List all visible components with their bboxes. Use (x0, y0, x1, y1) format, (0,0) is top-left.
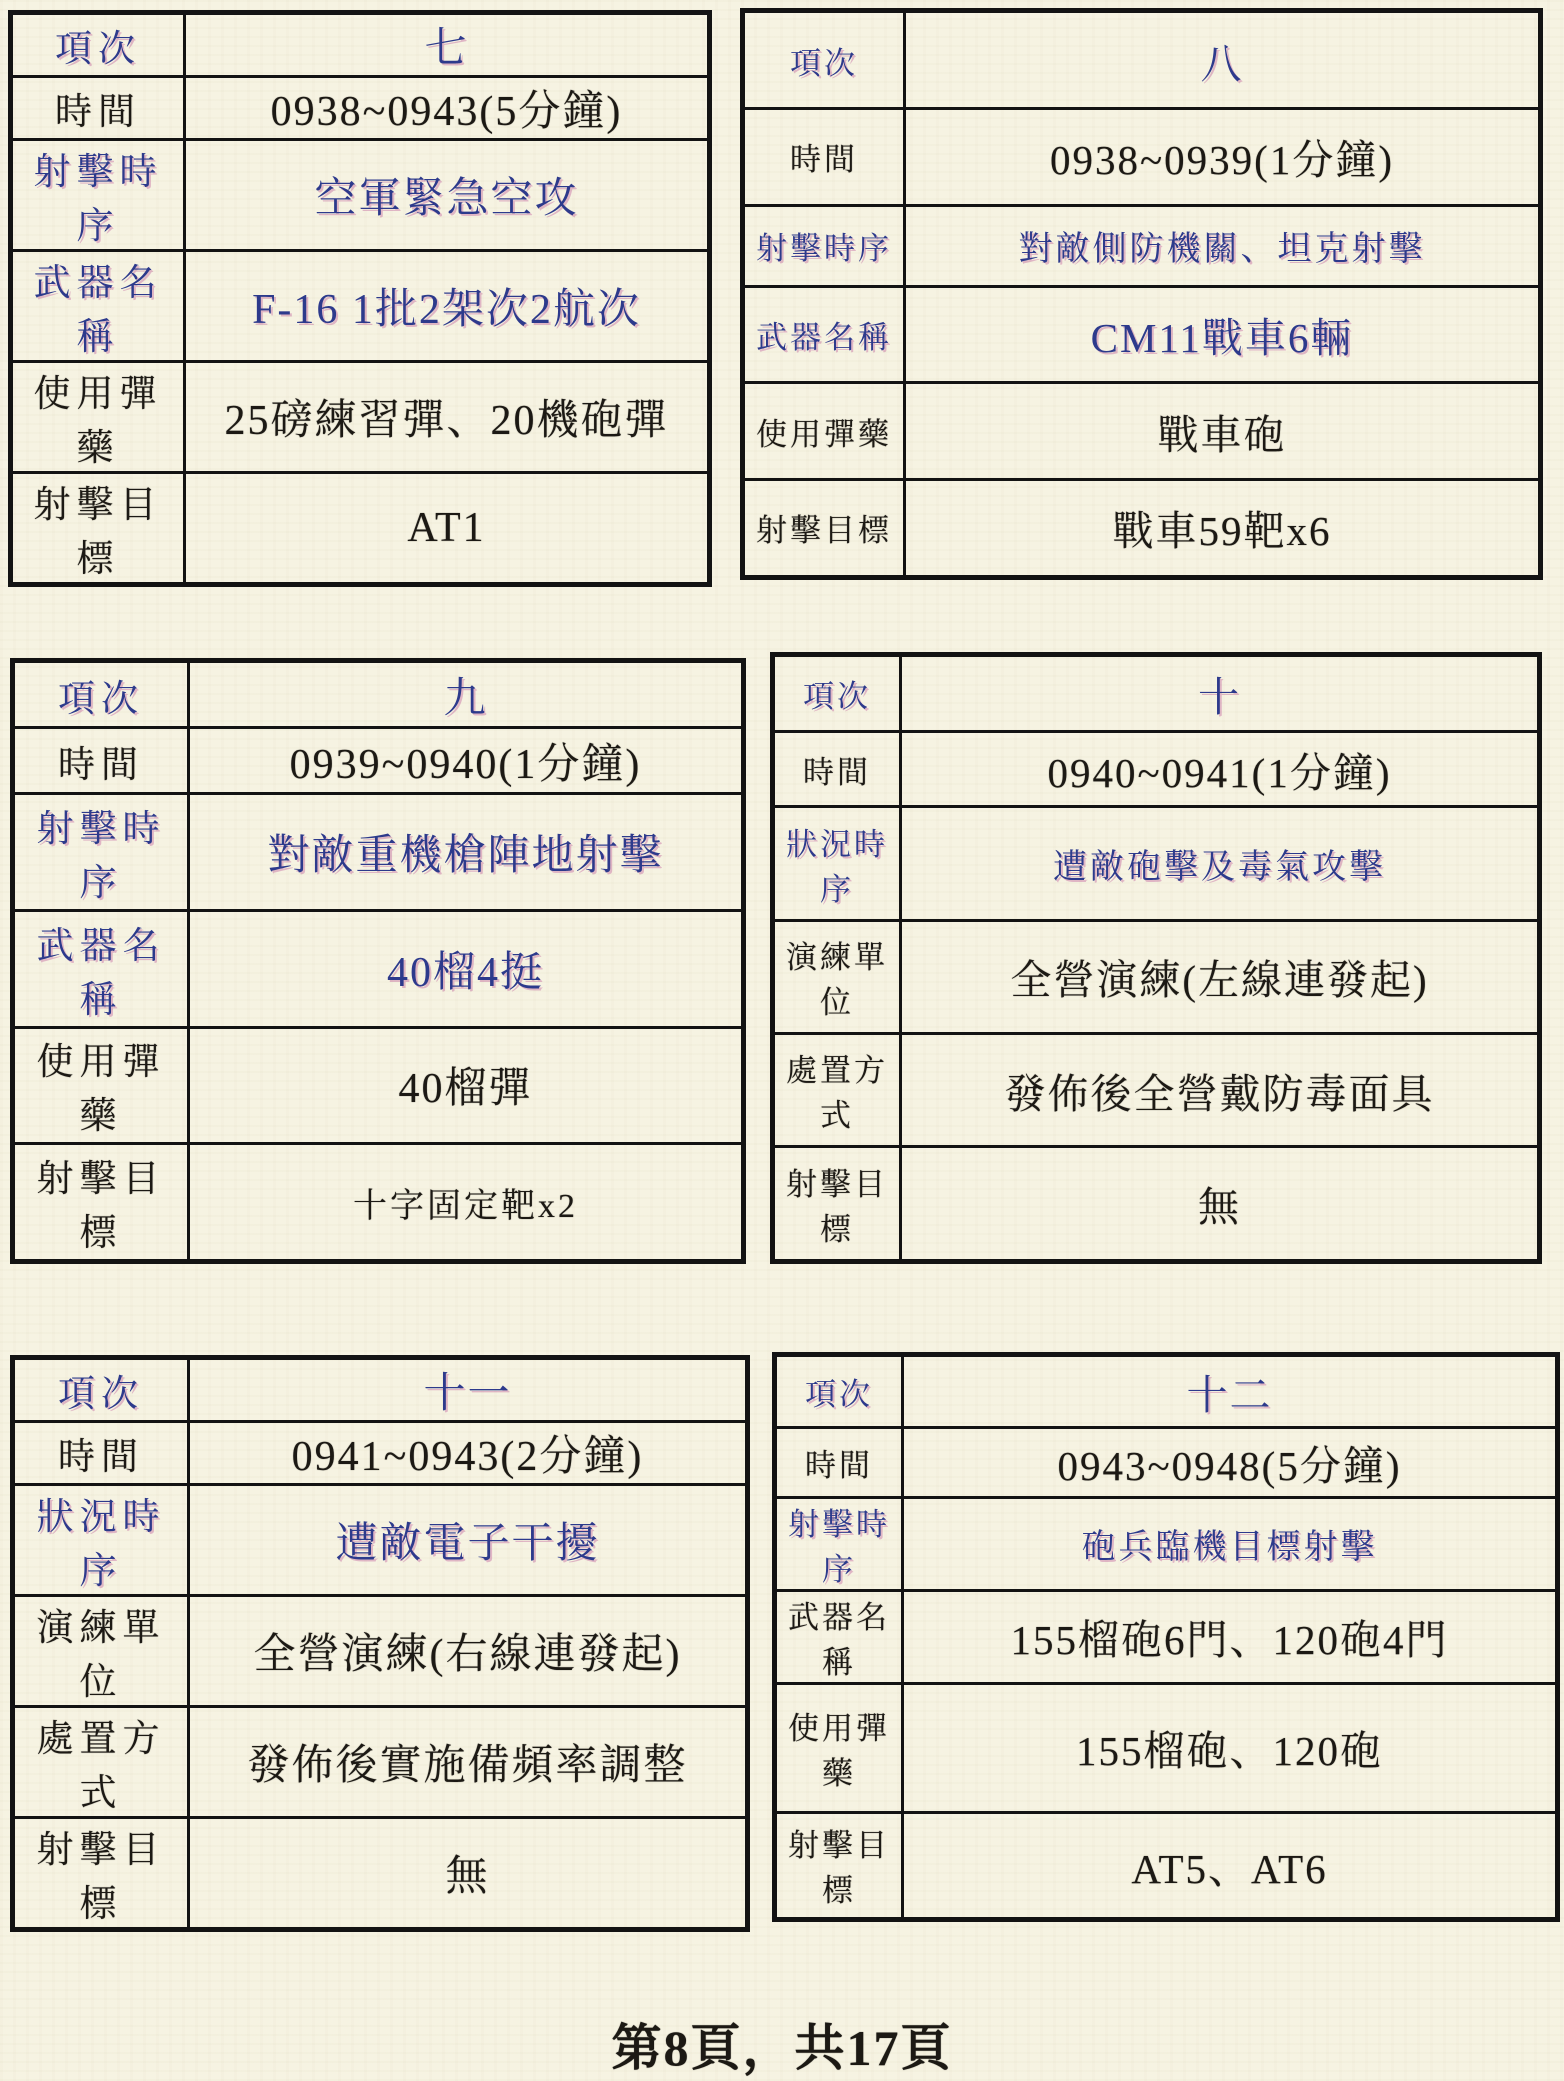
row-label: 射擊目標 (13, 1144, 189, 1262)
table-row: 射擊時序 對敵側防機關、坦克射擊 (743, 205, 1541, 286)
table-row: 項次 十一 (13, 1358, 748, 1422)
table-row: 使用彈藥 40榴彈 (13, 1027, 744, 1144)
table-row: 射擊目標 AT5、AT6 (775, 1812, 1558, 1919)
table-row: 演練單位 全營演練(右線連發起) (13, 1596, 748, 1707)
table-row: 射擊目標 戰車59靶x6 (743, 479, 1541, 577)
schedule-table: 項次 七 時間 0938~0943(5分鐘) 射擊時序 空軍緊急空攻 武器名稱 … (8, 10, 712, 587)
row-label: 使用彈藥 (13, 1027, 189, 1144)
table-row: 時間 0939~0940(1分鐘) (13, 728, 744, 794)
row-value: 八 (905, 11, 1541, 109)
schedule-table: 項次 八 時間 0938~0939(1分鐘) 射擊時序 對敵側防機關、坦克射擊 … (740, 8, 1543, 580)
table-row: 狀況時序 遭敵電子干擾 (13, 1485, 748, 1596)
row-value: AT5、AT6 (903, 1812, 1558, 1919)
row-label: 武器名稱 (11, 251, 185, 362)
schedule-table-item-9: 項次 九 時間 0939~0940(1分鐘) 射擊時序 對敵重機槍陣地射擊 武器… (10, 658, 746, 1264)
row-value: 無 (189, 1818, 748, 1930)
row-value: 對敵側防機關、坦克射擊 (905, 205, 1541, 286)
schedule-table: 項次 十一 時間 0941~0943(2分鐘) 狀況時序 遭敵電子干擾 演練單位… (10, 1355, 750, 1932)
table-row: 射擊目標 十字固定靶x2 (13, 1144, 744, 1262)
schedule-table-item-7: 項次 七 時間 0938~0943(5分鐘) 射擊時序 空軍緊急空攻 武器名稱 … (8, 10, 712, 582)
table-row: 演練單位 全營演練(左線連發起) (773, 920, 1540, 1033)
row-label: 射擊目標 (775, 1812, 903, 1919)
row-label: 時間 (743, 109, 905, 206)
row-label: 狀況時序 (13, 1485, 189, 1596)
table-row: 武器名稱 CM11戰車6輛 (743, 286, 1541, 383)
row-label: 處置方式 (13, 1707, 189, 1818)
schedule-table: 項次 十二 時間 0943~0948(5分鐘) 射擊時序 砲兵臨機目標射擊 武器… (772, 1352, 1560, 1922)
row-value: 0940~0941(1分鐘) (901, 731, 1540, 807)
table-row: 射擊目標 無 (13, 1818, 748, 1930)
row-label: 武器名稱 (743, 286, 905, 383)
row-value: 遭敵砲擊及毒氣攻擊 (901, 807, 1540, 920)
row-value: 0941~0943(2分鐘) (189, 1422, 748, 1485)
row-value: 全營演練(左線連發起) (901, 920, 1540, 1033)
table-row: 射擊時序 砲兵臨機目標射擊 (775, 1497, 1558, 1590)
schedule-table: 項次 九 時間 0939~0940(1分鐘) 射擊時序 對敵重機槍陣地射擊 武器… (10, 658, 746, 1264)
row-label: 項次 (773, 655, 901, 732)
row-value: 遭敵電子干擾 (189, 1485, 748, 1596)
row-value: 155榴砲6門、120砲4門 (903, 1590, 1558, 1683)
table-row: 項次 八 (743, 11, 1541, 109)
row-value: 砲兵臨機目標射擊 (903, 1497, 1558, 1590)
row-label: 射擊時序 (775, 1497, 903, 1590)
row-label: 時間 (13, 1422, 189, 1485)
row-value: 無 (901, 1147, 1540, 1262)
table-row: 使用彈藥 25磅練習彈、20機砲彈 (11, 362, 710, 473)
row-label: 武器名稱 (13, 911, 189, 1028)
row-value: 戰車59靶x6 (905, 479, 1541, 577)
row-value: 發佈後全營戴防毒面具 (901, 1034, 1540, 1147)
row-value: 0938~0943(5分鐘) (185, 77, 710, 140)
table-row: 時間 0941~0943(2分鐘) (13, 1422, 748, 1485)
row-label: 時間 (773, 731, 901, 807)
table-row: 處置方式 發佈後全營戴防毒面具 (773, 1034, 1540, 1147)
row-label: 時間 (13, 728, 189, 794)
row-value: 25磅練習彈、20機砲彈 (185, 362, 710, 473)
row-value: 九 (189, 661, 744, 728)
row-value: 0939~0940(1分鐘) (189, 728, 744, 794)
row-label: 射擊時序 (13, 794, 189, 911)
row-label: 射擊目標 (11, 473, 185, 585)
table-row: 射擊時序 空軍緊急空攻 (11, 140, 710, 251)
row-label: 射擊目標 (743, 479, 905, 577)
row-label: 處置方式 (773, 1034, 901, 1147)
row-value: 對敵重機槍陣地射擊 (189, 794, 744, 911)
table-row: 武器名稱 40榴4挺 (13, 911, 744, 1028)
schedule-table: 項次 十 時間 0940~0941(1分鐘) 狀況時序 遭敵砲擊及毒氣攻擊 演練… (770, 652, 1542, 1264)
row-value: 十二 (903, 1355, 1558, 1428)
row-label: 演練單位 (13, 1596, 189, 1707)
row-value: 0943~0948(5分鐘) (903, 1428, 1558, 1497)
row-value: 發佈後實施備頻率調整 (189, 1707, 748, 1818)
row-value: 七 (185, 13, 710, 77)
table-row: 時間 0943~0948(5分鐘) (775, 1428, 1558, 1497)
table-row: 射擊時序 對敵重機槍陣地射擊 (13, 794, 744, 911)
schedule-table-item-11: 項次 十一 時間 0941~0943(2分鐘) 狀況時序 遭敵電子干擾 演練單位… (10, 1355, 750, 1915)
row-value: 40榴4挺 (189, 911, 744, 1028)
table-row: 射擊目標 無 (773, 1147, 1540, 1262)
row-label: 武器名稱 (775, 1590, 903, 1683)
row-label: 使用彈藥 (743, 383, 905, 480)
row-value: F-16 1批2架次2航次 (185, 251, 710, 362)
row-label: 項次 (775, 1355, 903, 1428)
row-label: 狀況時序 (773, 807, 901, 920)
table-row: 時間 0940~0941(1分鐘) (773, 731, 1540, 807)
schedule-table-item-12: 項次 十二 時間 0943~0948(5分鐘) 射擊時序 砲兵臨機目標射擊 武器… (772, 1352, 1560, 1922)
table-row: 處置方式 發佈後實施備頻率調整 (13, 1707, 748, 1818)
row-label: 項次 (13, 1358, 189, 1422)
row-label: 使用彈藥 (11, 362, 185, 473)
row-value: 全營演練(右線連發起) (189, 1596, 748, 1707)
row-label: 使用彈藥 (775, 1683, 903, 1812)
row-value: 十字固定靶x2 (189, 1144, 744, 1262)
row-label: 項次 (13, 661, 189, 728)
row-label: 時間 (11, 77, 185, 140)
row-value: 戰車砲 (905, 383, 1541, 480)
table-row: 項次 七 (11, 13, 710, 77)
table-row: 使用彈藥 戰車砲 (743, 383, 1541, 480)
row-label: 時間 (775, 1428, 903, 1497)
row-value: 40榴彈 (189, 1027, 744, 1144)
row-label: 項次 (11, 13, 185, 77)
table-row: 武器名稱 F-16 1批2架次2航次 (11, 251, 710, 362)
row-value: 155榴砲、120砲 (903, 1683, 1558, 1812)
schedule-table-item-10: 項次 十 時間 0940~0941(1分鐘) 狀況時序 遭敵砲擊及毒氣攻擊 演練… (770, 652, 1542, 1264)
table-row: 使用彈藥 155榴砲、120砲 (775, 1683, 1558, 1812)
row-label: 射擊目標 (773, 1147, 901, 1262)
row-value: AT1 (185, 473, 710, 585)
table-row: 時間 0938~0943(5分鐘) (11, 77, 710, 140)
row-value: 空軍緊急空攻 (185, 140, 710, 251)
table-row: 狀況時序 遭敵砲擊及毒氣攻擊 (773, 807, 1540, 920)
table-row: 時間 0938~0939(1分鐘) (743, 109, 1541, 206)
table-row: 射擊目標 AT1 (11, 473, 710, 585)
page-number-footer: 第8頁，共17頁 (0, 2008, 1564, 2080)
row-label: 射擊時序 (11, 140, 185, 251)
row-value: 十一 (189, 1358, 748, 1422)
table-row: 項次 十二 (775, 1355, 1558, 1428)
row-value: 0938~0939(1分鐘) (905, 109, 1541, 206)
row-value: CM11戰車6輛 (905, 286, 1541, 383)
table-row: 項次 十 (773, 655, 1540, 732)
table-row: 武器名稱 155榴砲6門、120砲4門 (775, 1590, 1558, 1683)
row-label: 演練單位 (773, 920, 901, 1033)
row-label: 射擊時序 (743, 205, 905, 286)
row-label: 射擊目標 (13, 1818, 189, 1930)
row-value: 十 (901, 655, 1540, 732)
row-label: 項次 (743, 11, 905, 109)
schedule-table-item-8: 項次 八 時間 0938~0939(1分鐘) 射擊時序 對敵側防機關、坦克射擊 … (740, 8, 1543, 580)
table-row: 項次 九 (13, 661, 744, 728)
